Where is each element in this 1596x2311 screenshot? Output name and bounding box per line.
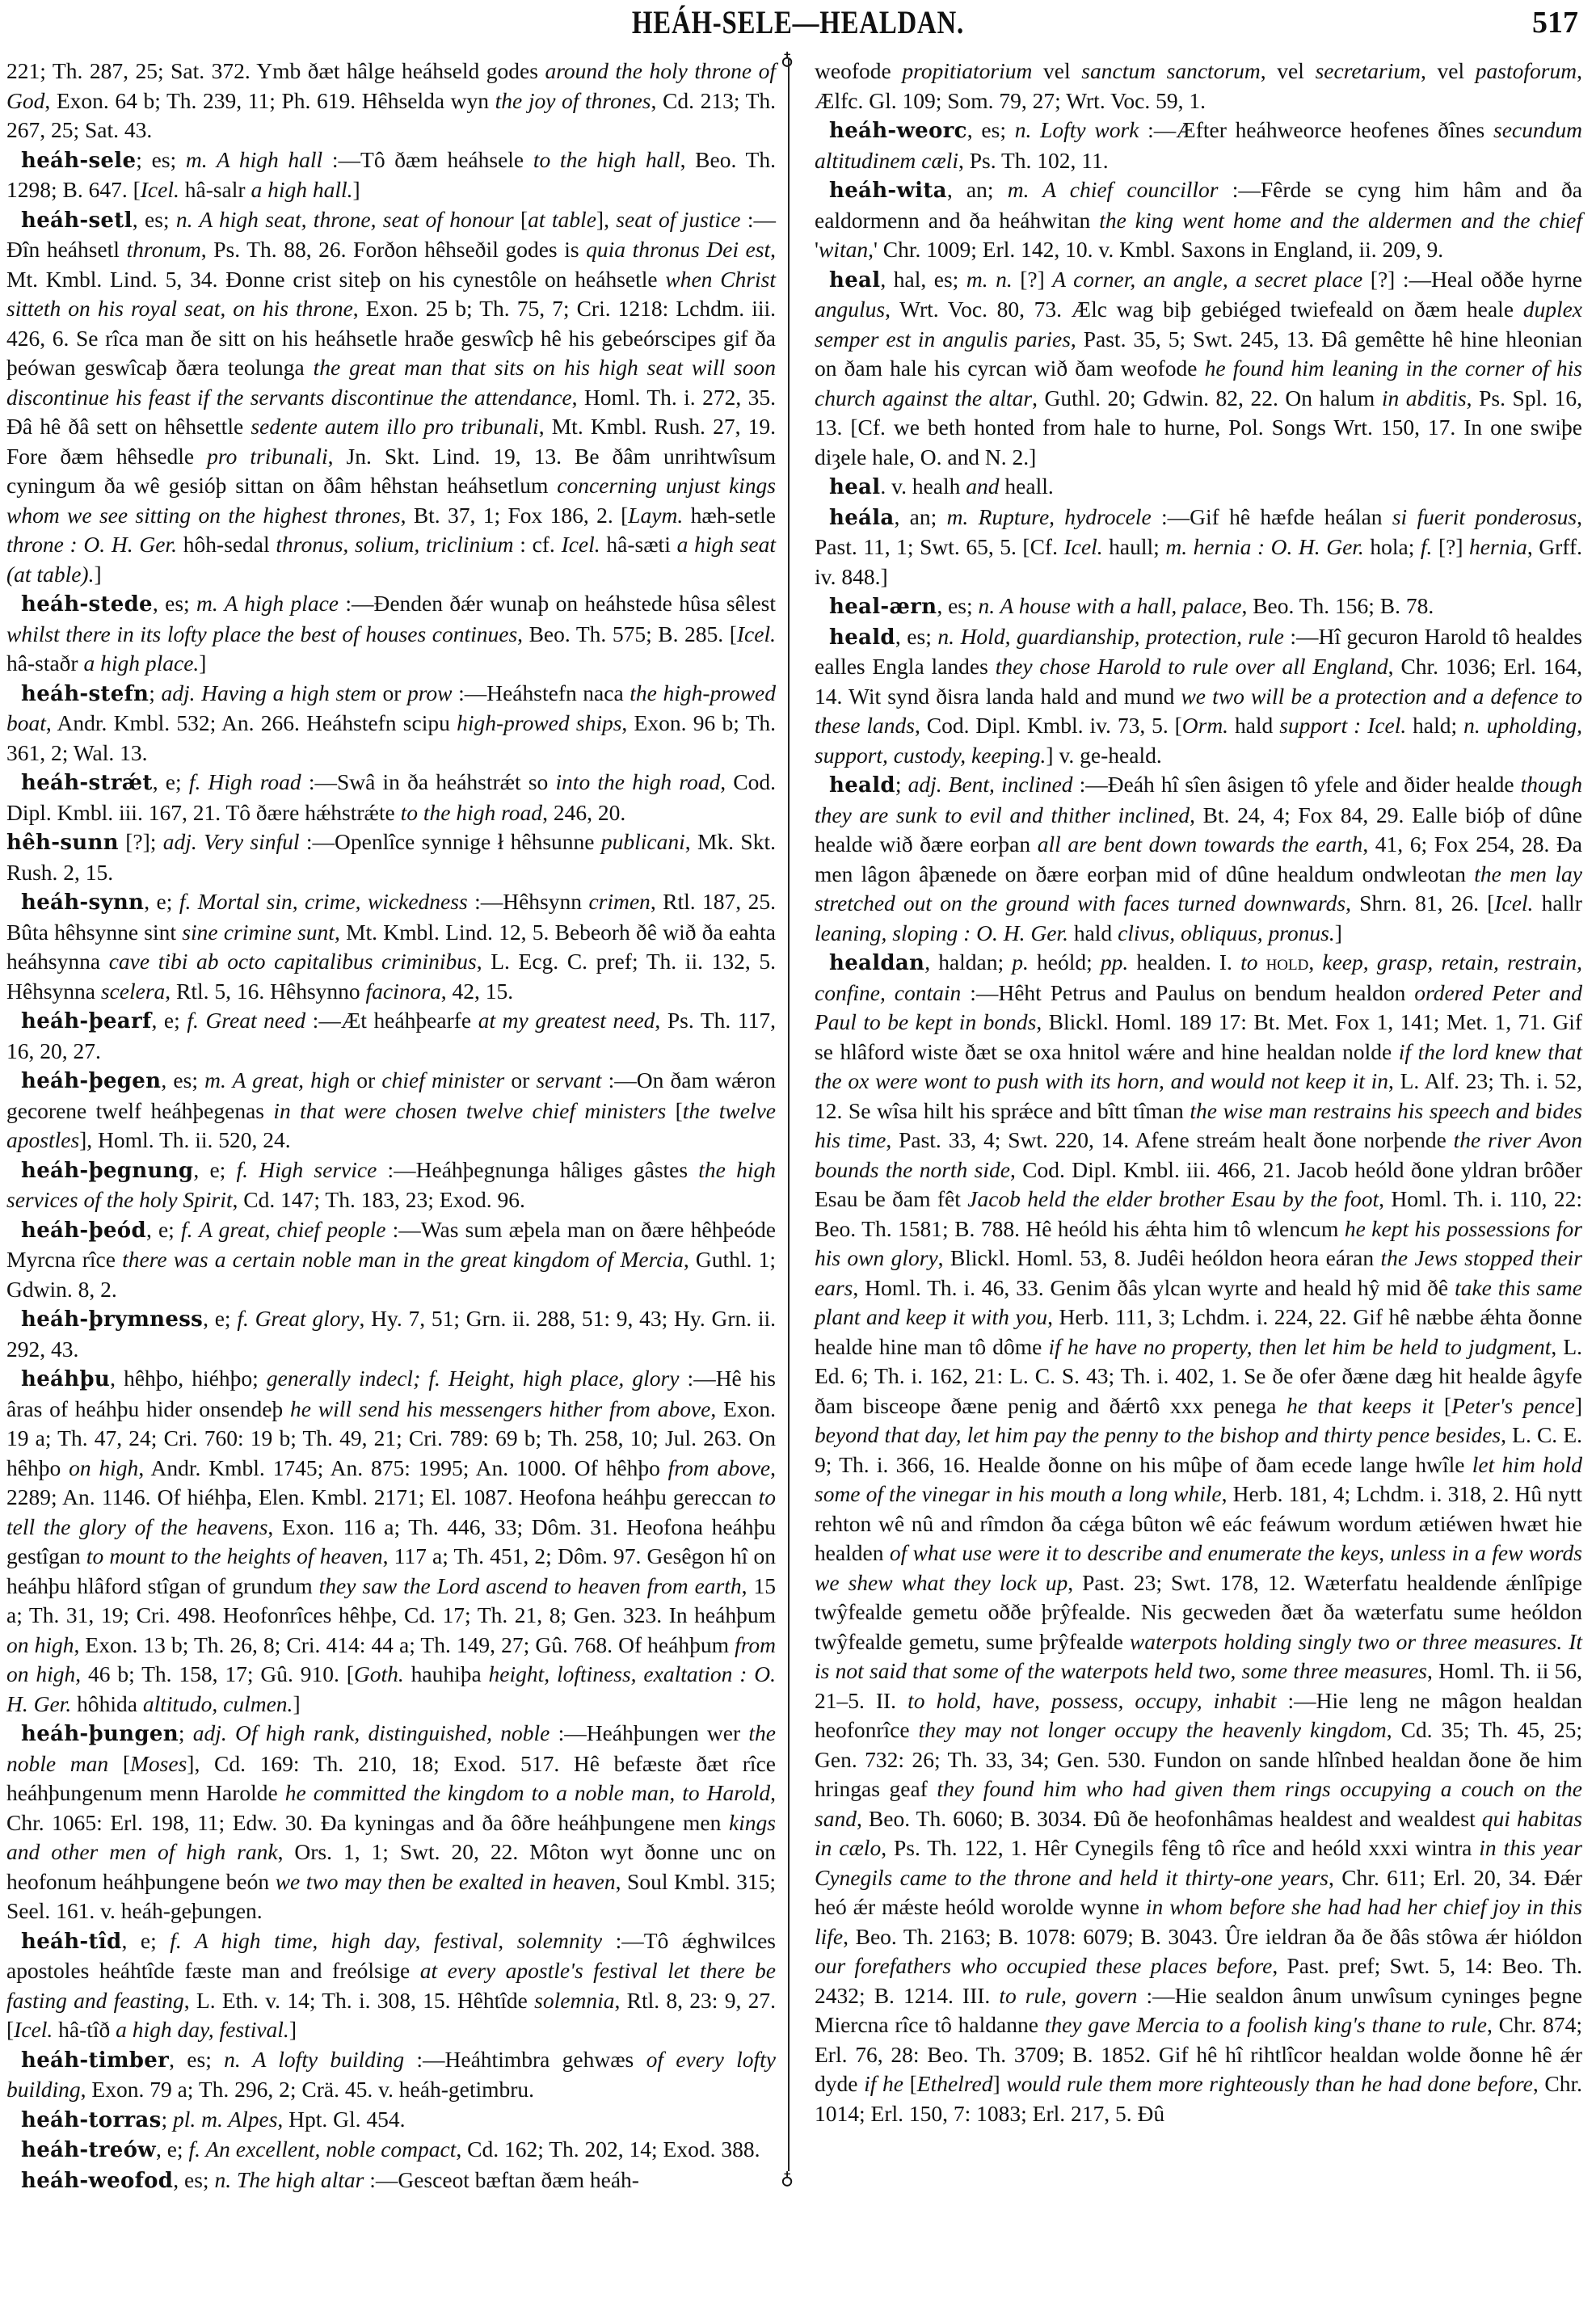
definition-italic: Icel. [14, 2017, 53, 2042]
entry-text: , Ps. Th. 102, 11. [958, 148, 1109, 173]
entry-text: ] v. ge-heald. [1046, 743, 1161, 768]
entry-text: [ [666, 1098, 683, 1123]
entry-text: :—Gif hê hæfde heálan [1152, 504, 1392, 529]
definition-italic: Jacob held the elder brother Esau by the… [967, 1186, 1379, 1211]
definition-italic: prow [407, 680, 453, 705]
dictionary-entry: heáh-treów, e; f. An excellent, noble co… [6, 2135, 776, 2166]
entry-text: hola; [1364, 534, 1421, 559]
entry-text: hâ-staðr [6, 650, 83, 676]
headword: heal-ærn [829, 595, 937, 619]
headword: heáh-stede [21, 592, 153, 617]
entry-text: , es; [937, 593, 978, 618]
definition-italic: adj. Of high rank, distinguished, noble [193, 1720, 550, 1745]
definition-italic: support : Icel. [1279, 713, 1406, 738]
entry-text: :—Hêhsynn [468, 889, 589, 914]
entry-text: , es; [169, 2047, 224, 2072]
definition-italic: witan, [819, 237, 874, 262]
definition-italic: propitiatorium [902, 58, 1032, 83]
dictionary-entry: heáh-þungen; adj. Of high rank, distingu… [6, 1719, 776, 1926]
entry-text: ] [992, 2071, 1006, 2096]
entry-text: haull; [1103, 534, 1166, 559]
definition-italic: n. A house with a hall, palace [979, 593, 1242, 618]
definition-italic: a high place. [83, 650, 199, 676]
entry-text: healden. I. [1128, 949, 1240, 974]
left-column: 221; Th. 287, 25; Sat. 372. Ymb ðæt hâlg… [6, 57, 776, 2195]
dictionary-entry: heáh-synn, e; f. Mortal sin, crime, wick… [6, 887, 776, 1006]
entry-text: , Cd. 162; Th. 202, 14; Exod. 388. [456, 2136, 760, 2162]
definition-italic: hernia [1469, 534, 1527, 559]
entry-text: :—Heáhþungen wer [550, 1720, 748, 1745]
dictionary-entry: heáh-stefn; adj. Having a high stem or p… [6, 679, 776, 768]
entry-text: [?] [1013, 267, 1053, 292]
entry-text: hâ-tîð [53, 2017, 116, 2042]
definition-italic: servant [536, 1067, 601, 1092]
entry-text: , e; [193, 1157, 236, 1182]
entry-text: :—Ðeáh hî sîen âsigen tô yfele and ðider… [1073, 772, 1521, 797]
entry-text: ] [1335, 920, 1342, 945]
definition-italic: we two may then be exalted in heaven [276, 1869, 616, 1894]
entry-text: or [350, 1067, 381, 1092]
definition-italic: he that keeps it [1286, 1393, 1434, 1418]
headword: heal [829, 268, 880, 293]
definition-italic: there was a certain noble man in the gre… [122, 1247, 684, 1272]
entry-text: , Andr. Kmbl. 532; An. 266. Heáhstefn sc… [46, 710, 457, 735]
definition-italic: Icel. [1064, 534, 1103, 559]
dictionary-entry: healdan, haldan; p. heóld; pp. healden. … [815, 948, 1582, 2128]
entry-text: , e; [156, 2136, 188, 2162]
entry-text: , e; [203, 1306, 237, 1331]
definition-italic: facinora [366, 979, 441, 1004]
definition-italic: Moses [130, 1751, 187, 1776]
definition-italic: Orm. [1182, 713, 1228, 738]
definition-italic: chief minister [381, 1067, 504, 1092]
headword: heáh-synn [21, 890, 144, 915]
definition-italic: f. High road [189, 769, 301, 794]
definition-italic: they may not longer occupy the heavenly … [919, 1717, 1387, 1742]
definition-italic: altitudo, culmen. [143, 1691, 293, 1716]
headword: heáh-weorc [829, 119, 967, 143]
entry-text: [ [514, 207, 528, 232]
definition-italic: f. High service [237, 1157, 377, 1182]
entry-text: . v. healh [880, 474, 966, 499]
headword: heáh-þrymness [21, 1307, 203, 1332]
definition-italic: f. A great, chief people [181, 1217, 386, 1242]
definition-italic: beyond that day, let him pay the penny t… [815, 1422, 1501, 1447]
entry-text: [?] :—Heal oððe hyrne [1362, 267, 1582, 292]
small-caps-text: hold [1257, 949, 1308, 974]
headword: heáh-þeód [21, 1219, 146, 1243]
definition-italic: quia thronus Dei est [586, 237, 770, 262]
definition-italic: throne : O. H. Ger. [6, 532, 177, 557]
definition-italic: a high hall. [251, 177, 352, 202]
entry-text: , Cod. Dipl. Kmbl. iv. 73, 5. [ [915, 713, 1182, 738]
entry-text: ; [179, 1720, 193, 1745]
headword: heála [829, 506, 895, 530]
definition-italic: f. A high time, high day, festival, sole… [170, 1928, 602, 1953]
definition-italic: n. Hold, guardianship, protection, rule [937, 624, 1283, 649]
definition-italic: publicani [601, 829, 685, 854]
entry-text: ] [293, 1691, 300, 1716]
entry-text: , hêhþo, hiéhþo; [110, 1366, 267, 1391]
entry-text: :—Heáhstefn naca [453, 680, 630, 705]
dictionary-entry: heáh-þegnung, e; f. High service :—Heáhþ… [6, 1155, 776, 1215]
entry-text: , e; [151, 1008, 187, 1033]
entry-text: , Exon. 79 a; Th. 296, 2; Crä. 45. v. he… [81, 2077, 534, 2102]
entry-text: vel [1032, 58, 1081, 83]
dictionary-entry: heáh-stede, es; m. A high place :—Ðenden… [6, 589, 776, 679]
definition-italic: m. A high place [196, 591, 339, 616]
entry-text: , Bt. 37, 1; Fox 186, 2. [ [401, 503, 629, 528]
definition-italic: they chose Harold to rule over all Engla… [996, 654, 1388, 679]
entry-text: , 42, 15. [441, 979, 513, 1004]
dictionary-entry: hêh-sunn [?]; adj. Very sinful :—Openlîc… [6, 827, 776, 887]
entry-text: , e; [144, 889, 179, 914]
definition-italic: from above [668, 1455, 770, 1480]
entry-text: hôhida [71, 1691, 143, 1716]
definition-italic: si fuerit ponderosus [1392, 504, 1577, 529]
dictionary-entry: heáh-þegen, es; m. A great, high or chie… [6, 1066, 776, 1155]
headword: hêh-sunn [6, 831, 119, 855]
definition-italic: crimen [588, 889, 650, 914]
definition-italic: the joy of thrones [495, 88, 651, 113]
entry-text: ], Homl. Th. ii. 520, 24. [79, 1127, 291, 1152]
entry-text: , Past. 33, 4; Swt. 220, 14. Afene streá… [886, 1127, 1453, 1152]
definition-italic: sedente autem illo pro tribunali [251, 414, 538, 439]
definition-italic: secretarium [1316, 58, 1421, 83]
definition-italic: adj. Having a high stem [162, 680, 377, 705]
definition-italic: would rule them more righteously than he… [1006, 2071, 1533, 2096]
dictionary-entry: heáh-weofod, es; n. The high altar :—Ges… [6, 2166, 776, 2196]
page-header: HEÁH-SELE—HEALDAN. 517 [0, 0, 1596, 48]
definition-italic: they gave Mercia to a foolish king's tha… [1045, 2012, 1487, 2037]
entry-text: :—Openlîce synnige ł hêhsunne [300, 829, 601, 854]
entry-text: , haldan; [924, 949, 1012, 974]
definition-italic: to the high hall [533, 147, 680, 172]
definition-italic: thronum [127, 237, 201, 262]
entry-text: ] [94, 562, 101, 587]
entry-text: :—Gesceot bæftan ðæm heáh- [364, 2167, 639, 2192]
definition-italic: adj. Very sinful [163, 829, 300, 854]
definition-italic: Icel. [562, 532, 600, 557]
entry-text: , es; [895, 624, 938, 649]
entry-text: , 46 b; Th. 158, 17; Gû. 910. [ [75, 1661, 354, 1686]
entry-text: ; es; [136, 147, 186, 172]
entry-text: ; [149, 680, 161, 705]
headword: heáh-weofod [21, 2169, 173, 2193]
definition-italic: in abditis [1382, 385, 1467, 410]
entry-text: , e; [121, 1928, 170, 1953]
entry-text: ], [596, 207, 616, 232]
dictionary-entry: heáh-weorc, es; n. Lofty work :—Æfter he… [815, 116, 1582, 175]
entry-text: :—Æfter heáhweorce heofenes ðînes [1139, 117, 1493, 142]
entry-text: , Shrn. 81, 26. [ [1345, 890, 1494, 916]
definition-italic: pp. [1101, 949, 1128, 974]
entry-text: :—Hêht Petrus and Paulus on bendum heald… [961, 980, 1414, 1005]
dictionary-entry: heal. v. healh and heall. [815, 472, 1582, 503]
definition-italic: m. A chief councillor [1008, 177, 1219, 202]
definition-italic: Icel. [141, 177, 179, 202]
entry-text: , Beo. Th. 575; B. 285. [ [517, 621, 737, 646]
headword: heáh-þegnung [21, 1159, 193, 1183]
headword: heáh-stefn [21, 682, 149, 706]
definition-italic: our forefathers who occupied these place… [815, 1953, 1272, 1978]
definition-italic: to rule, govern [999, 1983, 1137, 2008]
dictionary-entry: heáh-þrymness, e; f. Great glory, Hy. 7,… [6, 1304, 776, 1364]
entry-text: :—Heáhþegnunga hâliges gâstes [377, 1157, 698, 1182]
entry-text: hâ-salr [179, 177, 251, 202]
entry-text: hallr [1533, 890, 1582, 916]
definition-italic: pastoforum [1476, 58, 1577, 83]
entry-text: , Andr. Kmbl. 1745; An. 875: 1995; An. 1… [138, 1455, 667, 1480]
entry-text: , Ps. Th. 122, 1. Hêr Cynegils fêng tô r… [881, 1835, 1479, 1860]
entry-text: , Homl. Th. i. 46, 33. Genim ðâs ylcan w… [853, 1275, 1455, 1300]
entry-text: [ [903, 2071, 917, 2096]
headword: heáh-torras [21, 2108, 162, 2132]
entry-text: [ [108, 1751, 130, 1776]
entry-text: , an; [895, 504, 947, 529]
entry-text: hâ-sæti [600, 532, 677, 557]
entry-text: :—Tô ðæm heáhsele [322, 147, 533, 172]
definition-italic: into the high road [555, 769, 720, 794]
entry-text: ' Chr. 1009; Erl. 142, 10. v. Kmbl. Saxo… [874, 237, 1443, 262]
definition-italic: pro tribunali [207, 444, 327, 469]
entry-text: , L. Eth. v. 14; Th. i. 308, 15. Hêhtîde [184, 1988, 534, 2013]
headword: heáh-treów [21, 2138, 156, 2162]
entry-text: heóld; [1029, 949, 1101, 974]
dictionary-entry: heald, es; n. Hold, guardianship, protec… [815, 622, 1582, 771]
entry-text: , Wrt. Voc. 80, 73. Ælc wag biþ gebiéged… [885, 297, 1523, 322]
definition-italic: m. n. [966, 267, 1013, 292]
dictionary-entry: heáh-þearf, e; f. Great need :—Æt heáhþe… [6, 1006, 776, 1066]
definition-italic: at my greatest need [478, 1008, 655, 1033]
entry-text: , vel [1261, 58, 1316, 83]
entry-text: ] [352, 177, 360, 202]
entry-text: , Rtl. 5, 16. Hêhsynno [165, 979, 365, 1004]
headword: heáh-timber [21, 2048, 169, 2073]
definition-italic: Ethelred [917, 2071, 993, 2096]
dictionary-entry: heáh-torras; pl. m. Alpes, Hpt. Gl. 454. [6, 2105, 776, 2136]
definition-italic: to the high road [401, 800, 542, 825]
dictionary-entry: heáh-sele; es; m. A high hall :—Tô ðæm h… [6, 145, 776, 205]
dictionary-entry: heald; adj. Bent, inclined :—Ðeáh hî sîe… [815, 770, 1582, 948]
definition-italic: f. Great glory [237, 1306, 359, 1331]
entry-text: :—Ðenden ðǽr wunaþ on heáhstede hûsa sêl… [339, 591, 776, 616]
definition-italic: f. [1421, 534, 1433, 559]
headword: heáh-setl [21, 208, 133, 233]
definition-italic: sine crimine sunt [182, 920, 335, 945]
headword: heáh-þegen [21, 1069, 161, 1093]
entry-text: , es; [173, 2167, 214, 2192]
definition-italic: Laym. [628, 503, 683, 528]
entry-text: , es; [153, 591, 196, 616]
definition-italic: thronus, solium, triclinium [276, 532, 513, 557]
definition-italic: Goth. [354, 1661, 404, 1686]
dictionary-entry: heáh-timber, es; n. A lofty building :—H… [6, 2045, 776, 2105]
definition-italic: adj. Bent, inclined [908, 772, 1073, 797]
headword: heáh-strǽt [21, 771, 153, 795]
definition-italic: in that were chosen twelve chief ministe… [273, 1098, 666, 1123]
definition-italic: whilst there in its lofty place the best… [6, 621, 517, 646]
headword: heáhþu [21, 1367, 110, 1391]
entry-text: , [1308, 949, 1322, 974]
definition-italic: cave tibi ab octo capitalibus criminibus [109, 949, 477, 974]
definition-italic: sanctum sanctorum [1081, 58, 1260, 83]
definition-italic: generally indecl; f. Height, high place,… [267, 1366, 680, 1391]
definition-italic: solemnia [534, 1988, 614, 2013]
entry-text: 221; Th. 287, 25; Sat. 372. Ymb ðæt hâlg… [6, 58, 545, 83]
definition-italic: n. A high seat, throne, seat of honour [176, 207, 514, 232]
entry-text: , e; [146, 1217, 181, 1242]
definition-italic: on high [6, 1632, 74, 1657]
dictionary-entry: heáh-tîd, e; f. A high time, high day, f… [6, 1926, 776, 2045]
entry-text: , Cd. 147; Th. 183, 23; Exod. 96. [233, 1187, 525, 1212]
entry-text: , Blickl. Homl. 53, 8. Judêi heóldon heo… [938, 1245, 1381, 1270]
dictionary-entry: heáh-setl, es; n. A high seat, throne, s… [6, 205, 776, 590]
entry-text: , 246, 20. [542, 800, 625, 825]
entry-text: , Ps. Th. 88, 26. Forðon hêhseðil godes … [201, 237, 586, 262]
headword: healdan [829, 951, 924, 975]
definition-italic: they saw the Lord ascend to heaven from … [319, 1573, 742, 1598]
entry-text: , e; [153, 769, 189, 794]
entry-text: : cf. [513, 532, 561, 557]
entry-text: hauhiþa [404, 1661, 489, 1686]
entry-text: ; [895, 772, 908, 797]
entry-text: hald [1068, 920, 1118, 945]
dictionary-entry: heal, hal, es; m. n. [?] A corner, an an… [815, 265, 1582, 473]
running-head: HEÁH-SELE—HEALDAN. [144, 3, 1453, 41]
definition-italic: scelera [101, 979, 165, 1004]
dictionary-entry: heáhþu, hêhþo, hiéhþo; generally indecl;… [6, 1364, 776, 1719]
definition-italic: clivus, obliquus, pronus. [1118, 920, 1335, 945]
dictionary-columns: 221; Th. 287, 25; Sat. 372. Ymb ðæt hâlg… [6, 57, 1590, 2254]
definition-italic: Peter's pence [1451, 1393, 1575, 1418]
entry-text: , Beo. Th. 6060; B. 3034. Ðû ðe heofonhâ… [857, 1806, 1482, 1831]
entry-text: , Beo. Th. 2163; B. 1078: 6079; B. 3043.… [843, 1924, 1582, 1949]
definition-italic: if he [864, 2071, 903, 2096]
definition-italic: the king went home and the aldermen and … [1099, 208, 1582, 233]
entry-text: , es; [133, 207, 176, 232]
entry-text: , Beo. Th. 156; B. 78. [1241, 593, 1434, 618]
entry-text: hald; [1406, 713, 1463, 738]
headword: heald [829, 625, 895, 650]
definition-italic: m. A high hall [186, 147, 322, 172]
definition-italic: all are bent down towards the earth [1038, 831, 1363, 857]
headword: heáh-wita [829, 179, 947, 203]
definition-italic: to [1240, 949, 1257, 974]
definition-italic: a high day, festival. [116, 2017, 289, 2042]
definition-italic: high-prowed ships [457, 710, 621, 735]
definition-italic: n. A lofty building [224, 2047, 404, 2072]
headword: heal [829, 475, 880, 499]
dictionary-entry: heáh-wita, an; m. A chief councillor :—F… [815, 175, 1582, 265]
entry-continuation: weofode propitiatorium vel sanctum sanct… [815, 57, 1582, 116]
page-number: 517 [1532, 5, 1578, 40]
entry-text: , Hpt. Gl. 454. [277, 2107, 405, 2132]
definition-italic: p. [1012, 949, 1029, 974]
headword: heáh-tîd [21, 1930, 121, 1954]
definition-italic: n. The high altar [214, 2167, 364, 2192]
definition-italic: f. Great need [187, 1008, 305, 1033]
definition-italic: Icel. [1494, 890, 1533, 916]
entry-text: [ [1434, 1393, 1451, 1418]
entry-text: , Guthl. 20; Gdwin. 82, 22. On halum [1032, 385, 1382, 410]
entry-text: hæh-setle [683, 503, 776, 528]
definition-italic: A corner, an angle, a secret place [1052, 267, 1362, 292]
entry-text: , es; [161, 1067, 204, 1092]
entry-text: hôh-sedal [177, 532, 276, 557]
headword: heald [829, 773, 895, 798]
dictionary-entry: heáh-strǽt, e; f. High road :—Swâ in ða … [6, 768, 776, 827]
entry-text: :—Heáhtimbra gehwæs [404, 2047, 646, 2072]
definition-italic: f. Mortal sin, crime, wickedness [179, 889, 468, 914]
entry-text: , an; [947, 177, 1008, 202]
entry-text: , Exon. 13 b; Th. 26, 8; Cri. 414: 44 a;… [74, 1632, 735, 1657]
definition-italic: at table [528, 207, 596, 232]
entry-text: , es; [967, 117, 1015, 142]
definition-italic: angulus [815, 297, 885, 322]
entry-text: ] [199, 650, 206, 676]
definition-italic: on high [69, 1455, 138, 1480]
dictionary-entry: heal-ærn, es; n. A house with a hall, pa… [815, 591, 1582, 622]
entry-text: , Exon. 64 b; Th. 239, 11; Ph. 619. Hêhs… [44, 88, 495, 113]
definition-italic: he committed the kingdom to a noble man,… [285, 1780, 770, 1805]
dictionary-entry: heáh-þeód, e; f. A great, chief people :… [6, 1215, 776, 1305]
entry-text: :—Æt heáhþearfe [305, 1008, 478, 1033]
entry-continuation: 221; Th. 287, 25; Sat. 372. Ymb ðæt hâlg… [6, 57, 776, 145]
definition-italic: he will send his messengers hither from … [290, 1396, 710, 1421]
definition-italic: seat of justice [616, 207, 740, 232]
entry-text: [?] [1432, 534, 1469, 559]
entry-text: hald [1228, 713, 1279, 738]
definition-italic: Icel. [737, 621, 776, 646]
entry-text: :—Swâ in ða heáhstrǽt so [301, 769, 556, 794]
definition-italic: to mount to the heights of heaven [86, 1543, 383, 1568]
entry-text: weofode [815, 58, 902, 83]
definition-italic: to hold, have, possess, occupy, inhabit [907, 1688, 1276, 1713]
entry-text: ] [1575, 1393, 1582, 1418]
headword: heáh-þungen [21, 1722, 179, 1746]
entry-text: , hal, es; [880, 267, 966, 292]
entry-text: ] [289, 2017, 297, 2042]
definition-italic: f. An excellent, noble compact [188, 2136, 456, 2162]
definition-italic: and [966, 474, 999, 499]
dictionary-entry: heála, an; m. Rupture, hydrocele :—Gif h… [815, 503, 1582, 592]
definition-italic: m. hernia : O. H. Ger. [1165, 534, 1363, 559]
headword: heáh-þearf [21, 1009, 151, 1033]
definition-italic: leaning, sloping : O. H. Ger. [815, 920, 1068, 945]
definition-italic: if he have no property, then let him be … [1048, 1334, 1551, 1359]
entry-text: heall. [1000, 474, 1054, 499]
definition-italic: n. Lofty work [1015, 117, 1139, 142]
definition-italic: m. A great, high [204, 1067, 350, 1092]
right-column: weofode propitiatorium vel sanctum sanct… [815, 57, 1582, 2128]
headword: heáh-sele [21, 149, 136, 173]
entry-text: ; [162, 2107, 174, 2132]
definition-italic: m. Rupture, hydrocele [947, 504, 1152, 529]
entry-text: or [377, 680, 407, 705]
entry-text: , vel [1421, 58, 1476, 83]
entry-text: or [504, 1067, 536, 1092]
definition-italic: pl. m. Alpes [173, 2107, 277, 2132]
entry-text: [?]; [119, 829, 163, 854]
